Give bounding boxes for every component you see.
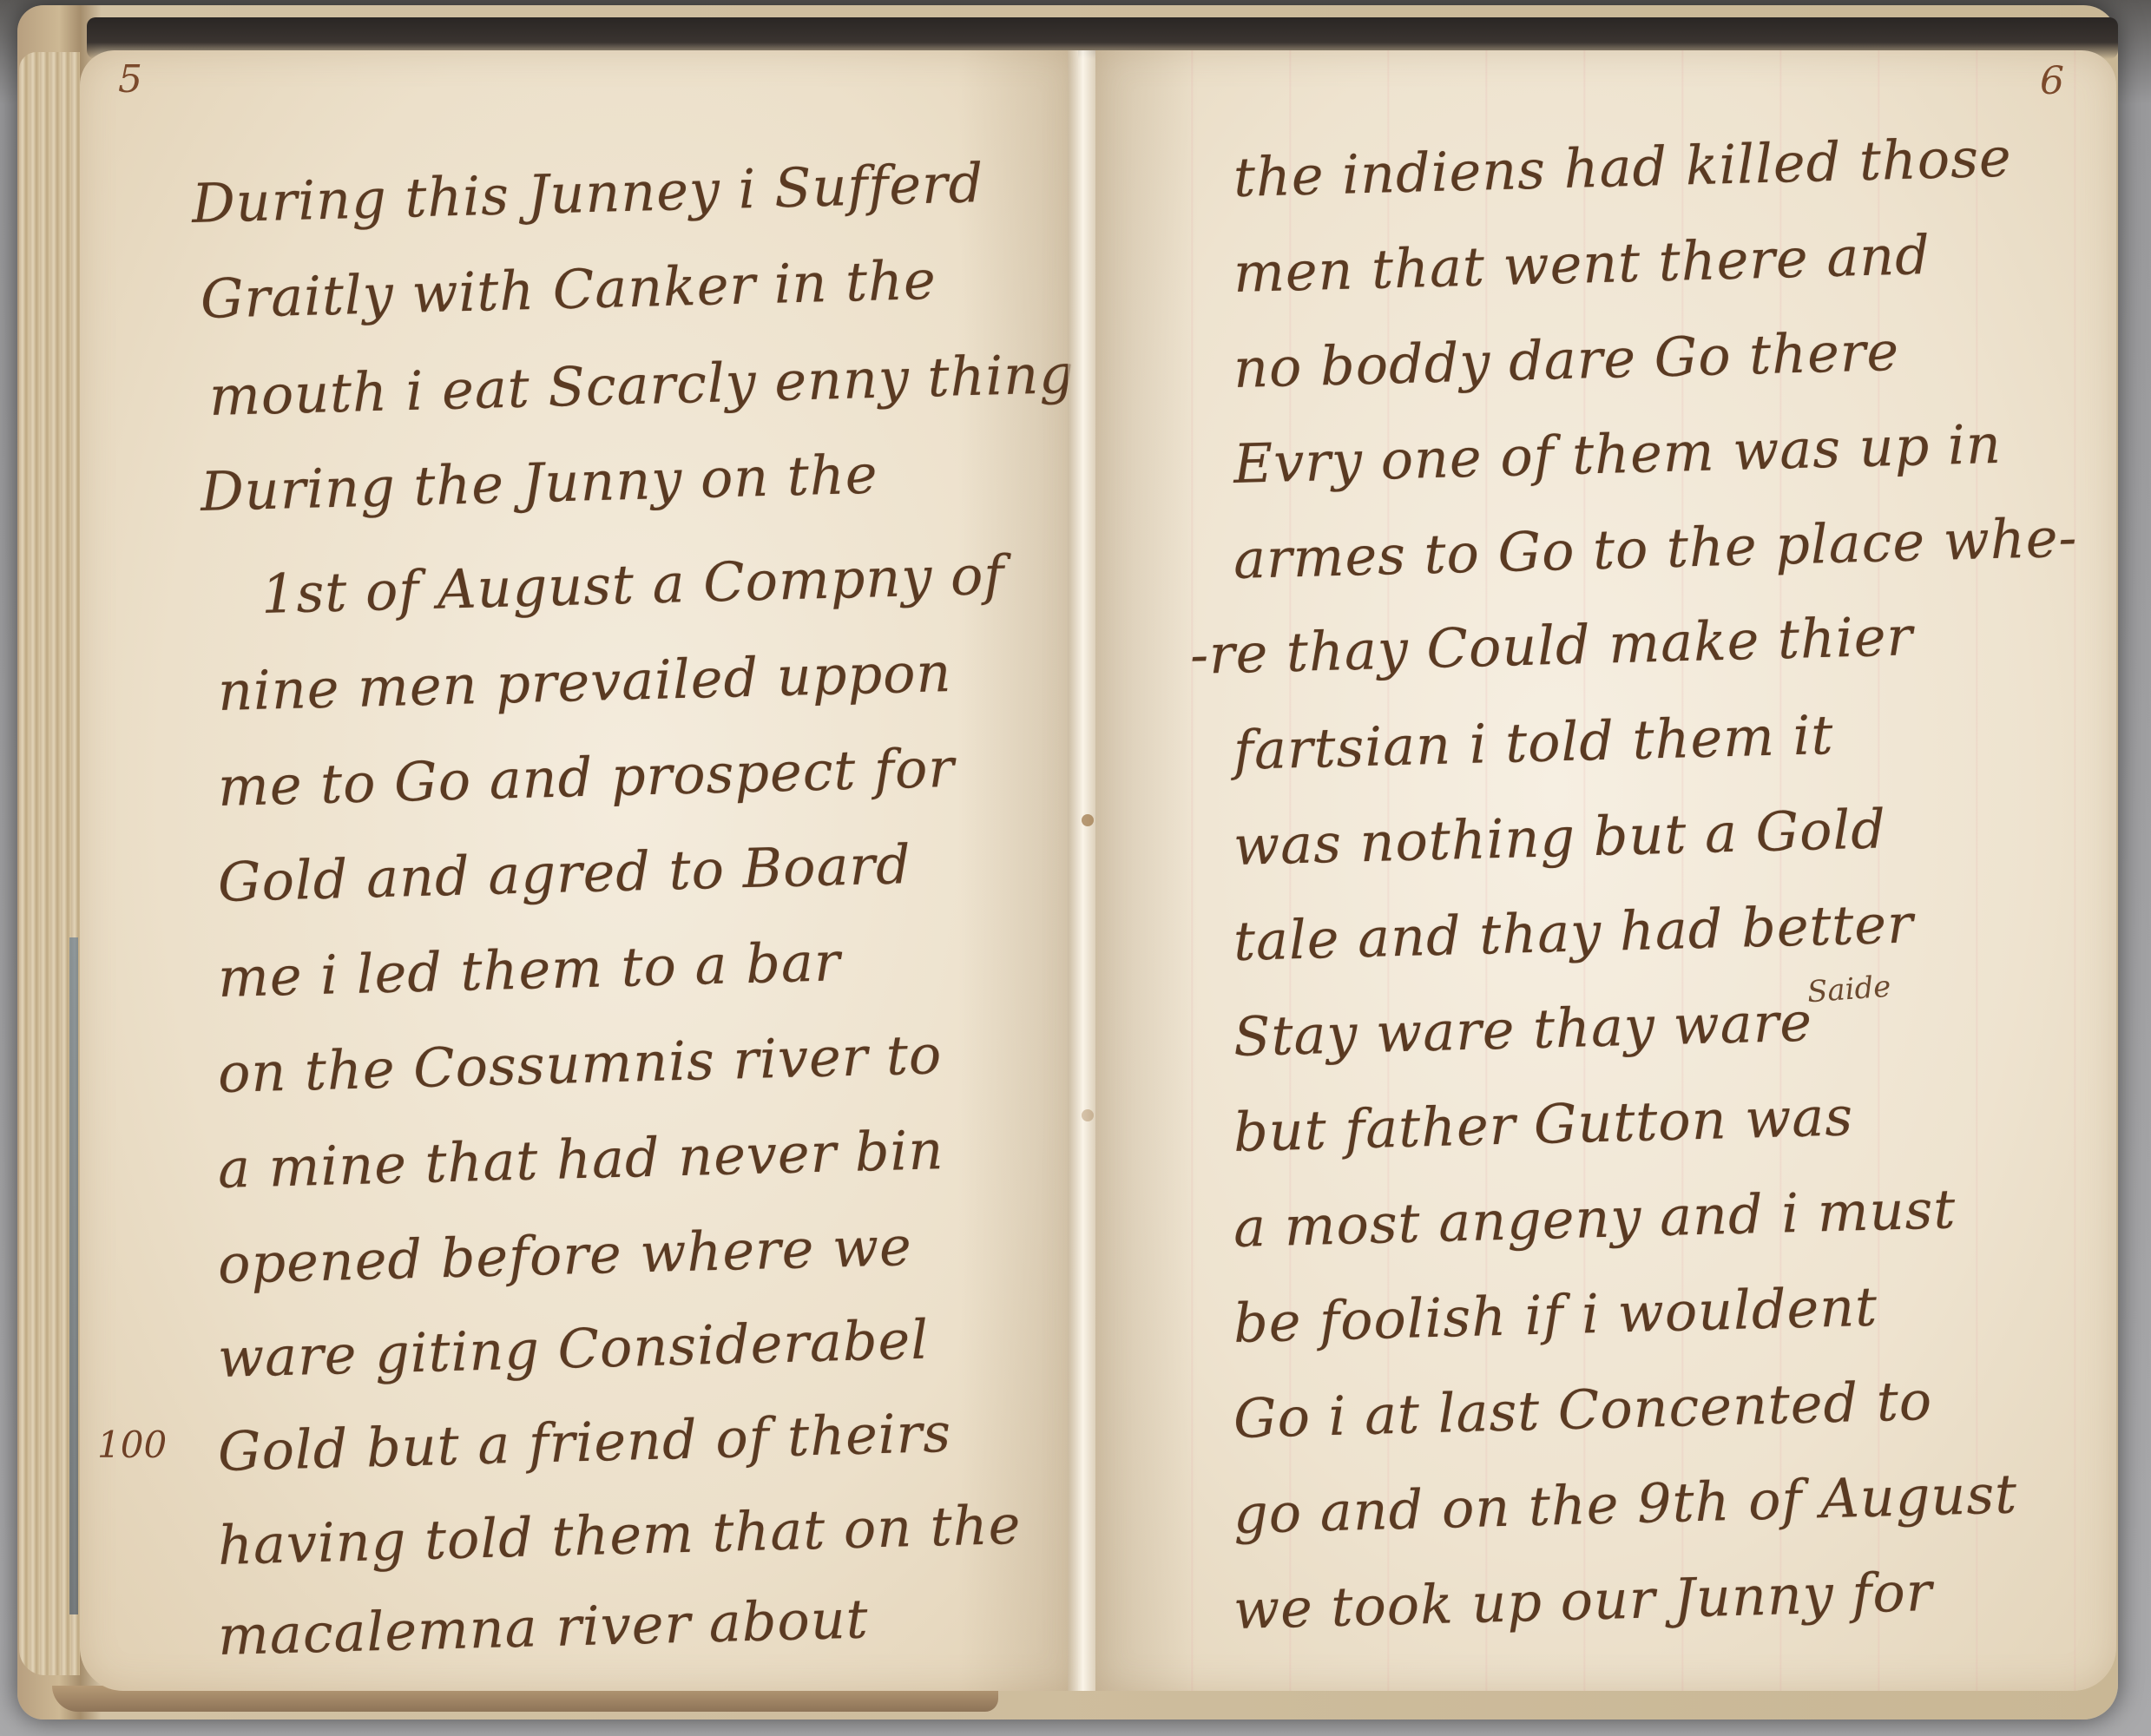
text-line: ware giting Considerabel — [217, 1308, 930, 1390]
text-line: Stay ware thay ware — [1233, 990, 1813, 1069]
text-line: a most angeny and i must — [1233, 1177, 1957, 1259]
text-line: During the Junny on the — [200, 443, 878, 523]
text-line: was nothing but a Gold — [1233, 797, 1887, 878]
text-line: be foolish if i wouldent — [1233, 1275, 1878, 1355]
text-line: Gold and agred to Board — [217, 832, 912, 914]
text-line: nine men prevailed uppon — [217, 641, 952, 723]
left-page: 5 100 During this Junney i Sufferd Grait… — [80, 50, 1078, 1691]
book-spine-edge — [19, 52, 80, 1675]
text-line: macalemna river about — [217, 1587, 869, 1667]
text-line: the indiens had killed those — [1233, 126, 2012, 209]
text-line: -re thay Could make thier — [1189, 604, 1914, 687]
page-number-right: 6 — [2040, 59, 2064, 103]
text-line: Evry one of them was up in — [1233, 412, 2003, 496]
endpaper-strip — [69, 937, 78, 1614]
binding-stitch — [1082, 814, 1094, 826]
text-line: Go i at last Concented to — [1233, 1369, 1933, 1450]
text-line: a mine that had never bin — [217, 1118, 944, 1200]
text-line: men that went there and — [1233, 223, 1931, 305]
text-line: we took up our Junny for — [1233, 1560, 1933, 1641]
text-line: opened before where we — [217, 1214, 913, 1296]
text-line: armes to Go to the place whe- — [1233, 506, 2078, 591]
text-line: 1st of August a Compny of — [260, 543, 1005, 626]
text-line: but father Gutton was — [1233, 1084, 1854, 1164]
text-line: having told them that on the — [217, 1493, 1022, 1577]
photo-background: 5 100 During this Junney i Sufferd Grait… — [0, 0, 2151, 1736]
page-number-left: 5 — [118, 57, 142, 102]
text-line: Gold but a friend of theirs — [217, 1401, 952, 1483]
text-line: go and on the 9th of August — [1233, 1462, 2018, 1546]
margin-note-100: 100 — [97, 1424, 167, 1466]
right-page: 6 Saide the indiens had killed those men… — [1095, 50, 2116, 1691]
binding-stitch — [1082, 1109, 1094, 1121]
text-line: no boddy dare Go there — [1233, 319, 1900, 400]
text-line: on the Cossumnis river to — [217, 1023, 943, 1105]
text-line: Graitly with Canker in the — [200, 248, 937, 331]
text-line: fartsian i told them it — [1233, 703, 1834, 782]
text-line: me i led them to a bar — [217, 930, 841, 1009]
text-line: tale and thay had better — [1233, 892, 1914, 973]
text-line: me to Go and prospect for — [217, 736, 956, 819]
text-line: During this Junney i Sufferd — [191, 151, 984, 235]
text-line: mouth i eat Scarcly enny thing — [208, 342, 1075, 428]
interlinear-insertion: Saide — [1806, 970, 1892, 1010]
